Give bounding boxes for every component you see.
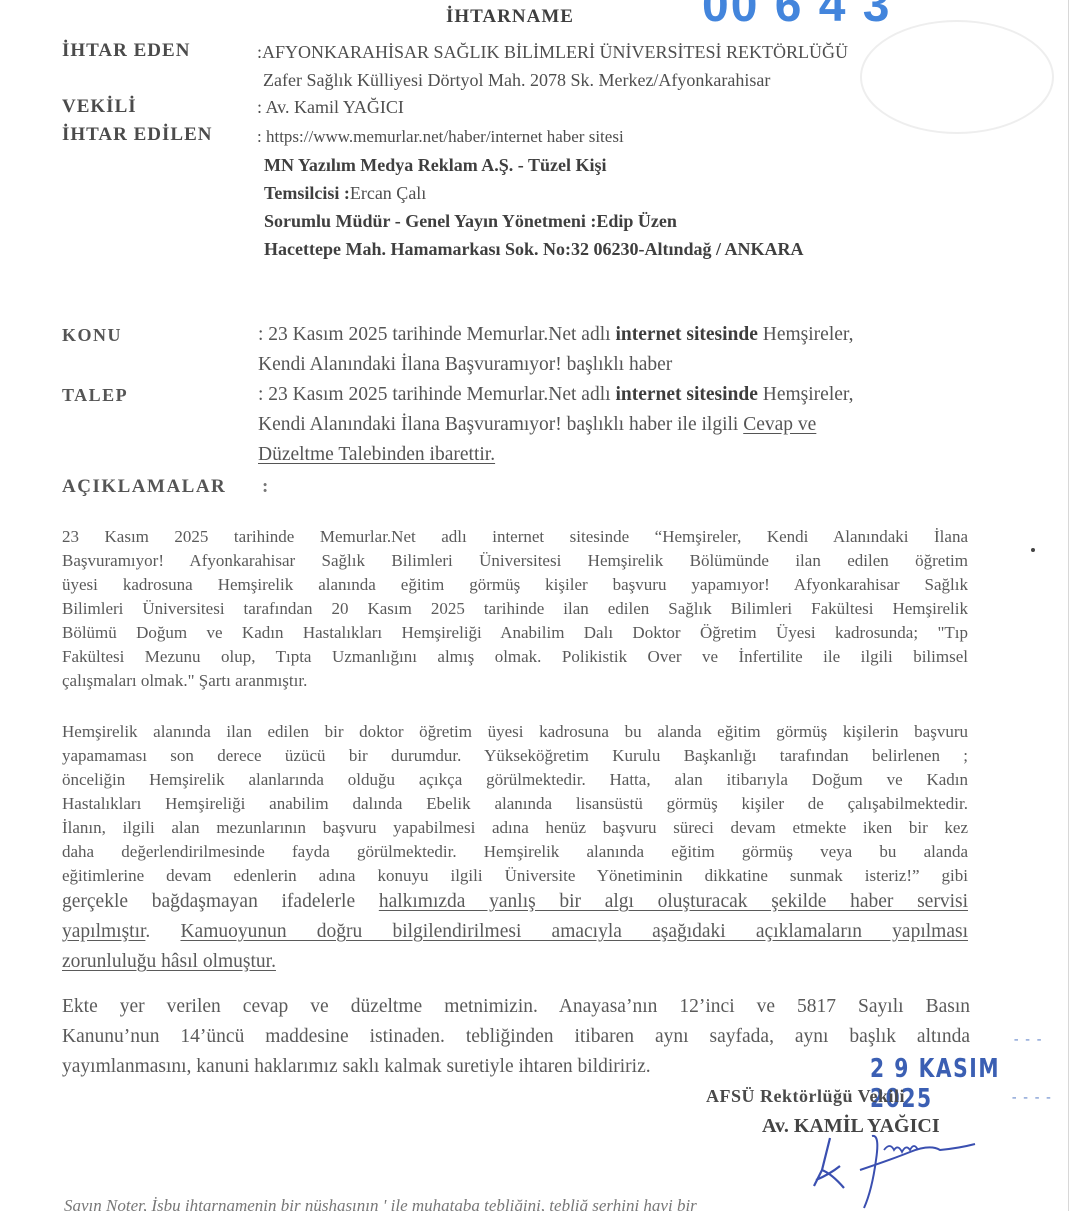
label-talep: TALEP [62, 385, 128, 406]
paragraph-line: Hastalıkları Hemşireliği anabilim dalınd… [62, 792, 968, 816]
value-vekili: : Av. Kamil YAĞICI [257, 97, 404, 118]
footnote-notary: Sayın Noter, İşbu ihtarnamenin bir nüsha… [64, 1196, 697, 1211]
stamp-dash-top: --- [1012, 1032, 1046, 1048]
talep-line-3: Düzeltme Talebinden ibarettir. [258, 444, 495, 466]
recipient-representative: Temsilcisi :Ercan Çalı [264, 183, 426, 204]
paragraph-line: eğitimlerine devam edenlerin adına konuy… [62, 864, 968, 888]
talep-line-2: Kendi Alanındaki İlana Başvuramıyor! baş… [258, 414, 816, 436]
document-title: İHTARNAME [446, 6, 574, 28]
label-ihtar-eden: İHTAR EDEN [62, 40, 190, 62]
paragraph-line: Bölümü Doğum ve Kadın Hastalıkları Hemşi… [62, 621, 968, 645]
konu-bold: internet sitesinde [615, 324, 757, 345]
value-ihtar-eden: :AFYONKARAHİSAR SAĞLIK BİLİMLERİ ÜNİVERS… [257, 42, 848, 63]
label-ihtar-edilen: İHTAR EDİLEN [62, 124, 212, 146]
paragraph-line: Ekte yer verilen cevap ve düzeltme metni… [62, 992, 970, 1022]
paragraph-line: Hemşirelik alanında ilan edilen bir dokt… [62, 720, 968, 744]
paragraph-line: gerçekle bağdaşmayan ifadelerle halkımız… [62, 887, 968, 917]
recipient-address: Hacettepe Mah. Hamamarkası Sok. No:32 06… [264, 239, 803, 260]
tail-text: gerçekle bağdaşmayan ifadelerle [62, 891, 379, 912]
stamp-dash-bottom: ---- [1010, 1090, 1056, 1106]
talep-bold: internet sitesinde [615, 384, 757, 405]
talep-text: : 23 Kasım 2025 tarihinde Memurlar.Net a… [258, 384, 615, 405]
talep-text-end: Hemşireler, [758, 384, 854, 405]
value-ihtar-edilen: : https://www.memurlar.net/haber/interne… [257, 127, 624, 147]
page-edge [1068, 0, 1069, 1211]
paragraph-line: önceliğin Hemşirelik alanlarında olduğu … [62, 768, 968, 792]
signature-title: AFSÜ Rektörlüğü Vekili [706, 1086, 905, 1107]
talep-text-2: Kendi Alanındaki İlana Başvuramıyor! baş… [258, 414, 743, 435]
stamp-circle [860, 20, 1054, 134]
representative-name: Ercan Çalı [350, 183, 426, 203]
paragraph-line: yapılmıştır. Kamuoyunun doğru bilgilendi… [62, 917, 968, 947]
tail-text: . [145, 921, 180, 942]
paragraph-line: 23 Kasım 2025 tarihinde Memurlar.Net adl… [62, 525, 968, 549]
handwritten-signature-icon [800, 1130, 980, 1211]
paragraph-line: yapamaması son derece üzücü bir durumdur… [62, 744, 968, 768]
label-vekili: VEKİLİ [62, 96, 137, 118]
paragraph-line: daha değerlendirilmesinde fayda görülmek… [62, 840, 968, 864]
ink-dot [1031, 548, 1035, 552]
paragraph-line: yayımlanmasını, kanuni haklarımız saklı … [62, 1052, 970, 1082]
paragraph-line: Kanunu’nun 14’üncü maddesine istinaden. … [62, 1022, 970, 1052]
konu-line-1: : 23 Kasım 2025 tarihinde Memurlar.Net a… [258, 324, 854, 346]
talep-line-1: : 23 Kasım 2025 tarihinde Memurlar.Net a… [258, 384, 854, 406]
recipient-company: MN Yazılım Medya Reklam A.Ş. - Tüzel Kiş… [264, 155, 606, 176]
representative-label: Temsilcisi : [264, 183, 350, 203]
paragraph-2-tail: gerçekle bağdaşmayan ifadelerle halkımız… [62, 887, 968, 977]
tail-underlined: Kamuoyunun doğru bilgilendirilmesi amacı… [180, 921, 968, 942]
aciklamalar-colon: : [262, 476, 268, 498]
tail-underlined: yapılmıştır [62, 921, 145, 942]
tail-underlined: halkımızda yanlış bir algı oluşturacak ş… [379, 891, 968, 912]
konu-text: : 23 Kasım 2025 tarihinde Memurlar.Net a… [258, 324, 615, 345]
paragraph-line: çalışmaları olmak." Şartı aranmıştır. [62, 669, 968, 693]
tail-underlined: zorunluluğu hâsıl olmuştur. [62, 951, 276, 972]
recipient-manager: Sorumlu Müdür - Genel Yayın Yönetmeni :E… [264, 211, 677, 232]
konu-text-end: Hemşireler, [758, 324, 854, 345]
paragraph-line: Başvuramıyor! Afyonkarahisar Sağlık Bili… [62, 549, 968, 573]
paragraph-line: İlanın, ilgili alan mezunlarının başvuru… [62, 816, 968, 840]
label-aciklamalar: AÇIKLAMALAR [62, 476, 226, 498]
paragraph-line: Bilimleri Üniversitesi tarafından 20 Kas… [62, 597, 968, 621]
konu-line-2: Kendi Alanındaki İlana Başvuramıyor! baş… [258, 354, 672, 376]
registry-number-stamp: 00 6 4 3 [702, 0, 891, 33]
paragraph-1: 23 Kasım 2025 tarihinde Memurlar.Net adl… [62, 525, 968, 693]
paragraph-line: zorunluluğu hâsıl olmuştur. [62, 947, 968, 977]
paragraph-line: Fakültesi Mezunu olup, Tıpta Uzmanlığını… [62, 645, 968, 669]
talep-underlined: Cevap ve [743, 414, 816, 435]
value-ihtar-eden-address: Zafer Sağlık Külliyesi Dörtyol Mah. 2078… [263, 70, 770, 91]
paragraph-2: Hemşirelik alanında ilan edilen bir dokt… [62, 720, 968, 888]
paragraph-line: üyesi kadrosuna Hemşirelik alanında eğit… [62, 573, 968, 597]
paragraph-3: Ekte yer verilen cevap ve düzeltme metni… [62, 992, 970, 1082]
label-konu: KONU [62, 325, 122, 346]
